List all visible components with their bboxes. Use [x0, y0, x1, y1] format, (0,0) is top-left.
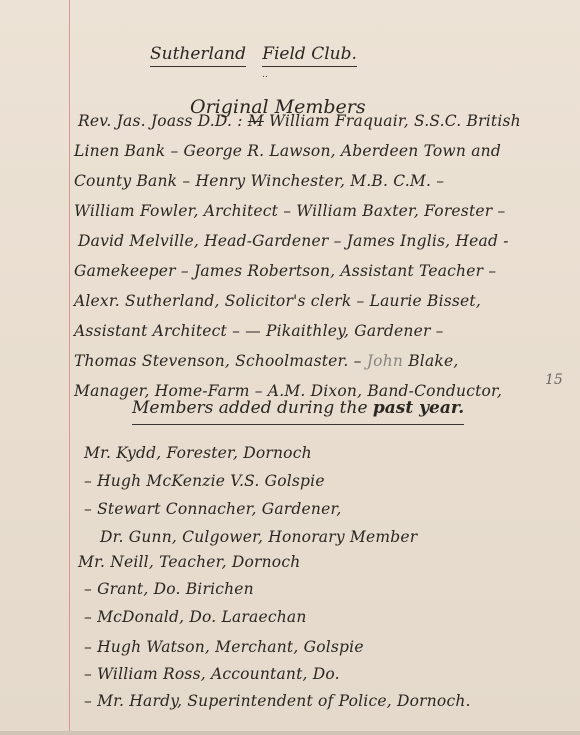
original-member-line: Assistant Architect – — Pikaithley, Gard…	[74, 322, 444, 340]
original-member-line: County Bank – Henry Winchester, M.B. C.M…	[74, 172, 444, 190]
original-member-line: William Fowler, Architect – William Baxt…	[74, 202, 505, 220]
red-margin-line	[69, 0, 70, 735]
original-member-line: Linen Bank – George R. Lawson, Aberdeen …	[74, 142, 501, 160]
added-members-heading: Members added during the past year.	[132, 398, 464, 425]
added-member-line: – McDonald, Do. Laraechan	[84, 608, 307, 626]
pencil-insertion: John	[367, 352, 403, 370]
added-member-line: – Mr. Hardy, Superintendent of Police, D…	[84, 692, 471, 710]
added-member-line: Mr. Kydd, Forester, Dornoch	[84, 444, 312, 462]
title-part-1: Sutherland	[150, 44, 246, 67]
added-member-line: Dr. Gunn, Culgower, Honorary Member	[100, 528, 417, 546]
added-heading-emphasis: past year.	[373, 398, 464, 418]
manuscript-page: Sutherland Field Club. .. Original Membe…	[0, 0, 580, 735]
added-member-line: Mr. Neill, Teacher, Dornoch	[78, 553, 300, 571]
document-title: Sutherland Field Club.	[150, 44, 357, 64]
page-bottom-edge	[0, 731, 580, 735]
original-member-line: Alexr. Sutherland, Solicitor's clerk – L…	[74, 292, 481, 310]
title-part-2: Field Club.	[262, 44, 357, 67]
struck-out-text: M	[248, 112, 264, 130]
original-member-line: David Melville, Head-Gardener – James In…	[78, 232, 509, 250]
added-member-line: – Hugh McKenzie V.S. Golspie	[84, 472, 325, 490]
added-member-line: – Hugh Watson, Merchant, Golspie	[84, 638, 364, 656]
original-member-line: Thomas Stevenson, Schoolmaster. – John B…	[74, 352, 459, 370]
original-member-line: Rev. Jas. Joass D.D. : M William Fraquai…	[78, 112, 521, 130]
title-dots: ..	[262, 70, 268, 80]
added-heading-text: Members added during the	[132, 398, 373, 418]
member-count-note: 15	[545, 372, 563, 388]
added-member-line: – William Ross, Accountant, Do.	[84, 665, 340, 683]
added-member-line: – Grant, Do. Birichen	[84, 580, 254, 598]
original-member-line: Gamekeeper – James Robertson, Assistant …	[74, 262, 496, 280]
added-member-line: – Stewart Connacher, Gardener,	[84, 500, 341, 518]
